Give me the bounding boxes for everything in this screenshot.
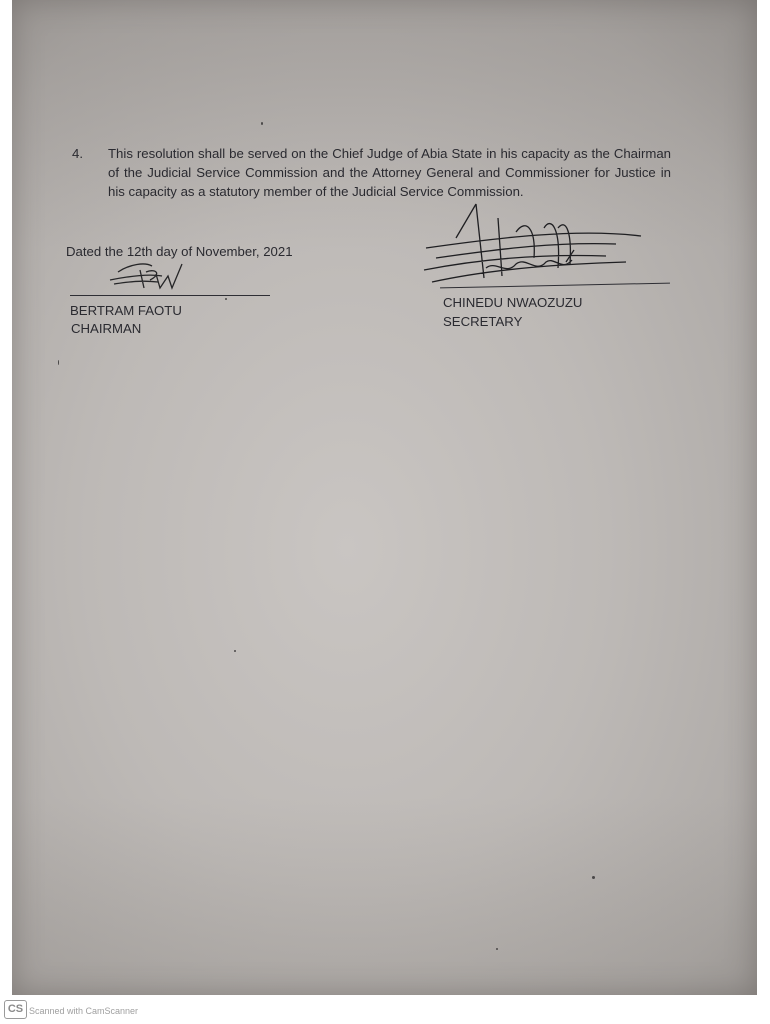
speck [261,122,263,125]
speck [496,948,498,950]
speck [58,360,59,365]
chairman-signature [100,258,210,298]
chairman-title: CHAIRMAN [71,319,141,338]
camscanner-watermark: Scanned with CamScanner [29,1006,138,1016]
resolution-paragraph: This resolution shall be served on the C… [108,144,671,201]
speck [234,650,236,652]
secretary-name: CHINEDU NWAOZUZU [443,293,582,312]
chairman-name: BERTRAM FAOTU [70,301,182,320]
scanned-page: 4. This resolution shall be served on th… [12,0,757,995]
speck [225,298,227,300]
secretary-title: SECRETARY [443,312,522,331]
speck [592,876,595,879]
paragraph-number: 4. [72,144,83,163]
chairman-signature-line [70,295,270,296]
camscanner-logo-icon: CS [4,1000,27,1019]
